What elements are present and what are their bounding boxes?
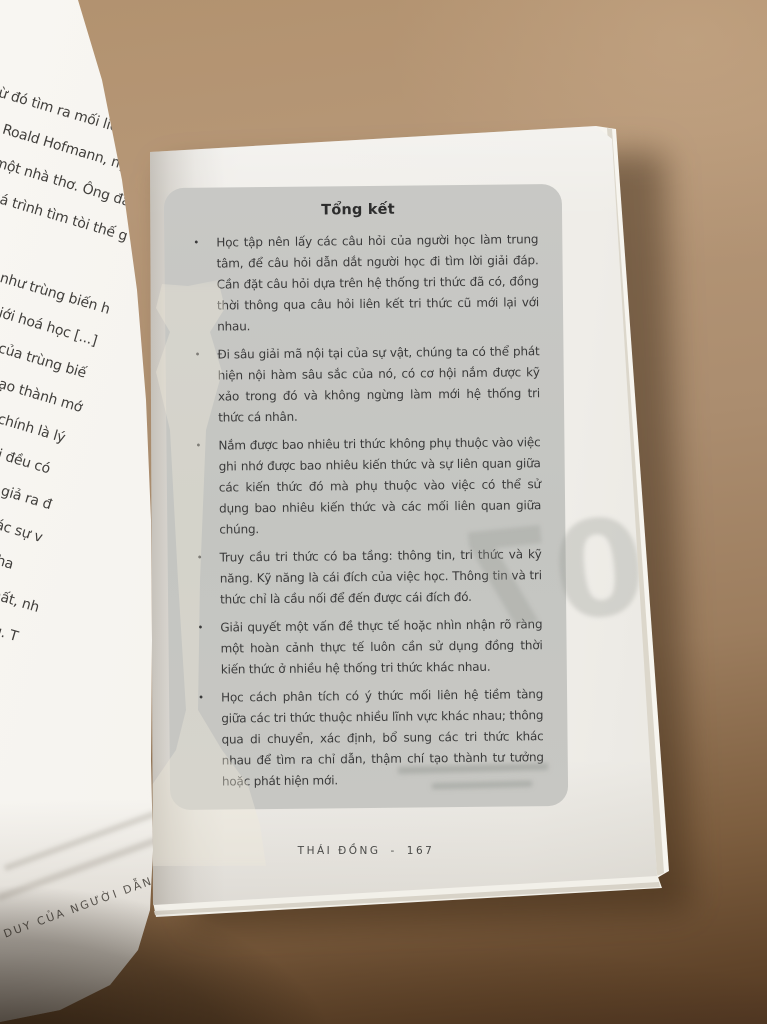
bullet-dot: • [177,345,218,429]
bullet-dot: • [180,548,221,611]
bullet-text: Học cách phân tích có ý thức mối liên hệ… [221,684,546,792]
bullet-item: • Học tập nên lấy các câu hỏi của người … [176,229,541,338]
bullet-item: • Học cách phân tích có ý thức mối liên … [181,684,546,793]
author-name: THÁI ĐỒNG [298,845,381,857]
bullet-item: • Truy cầu tri thức có ba tầng: thông ti… [180,544,545,611]
bullet-dot: • [176,233,217,338]
summary-title: Tổng kết [176,200,540,220]
book-photo-scene: Tổng kết • Học tập nên lấy các câu hỏi c… [0,0,767,1024]
page-number: 167 [407,845,435,857]
bullet-item: • Giải quyết một vấn đề thực tế hoặc nhì… [180,614,545,681]
bullet-dot: • [178,436,219,541]
right-page-footer: THÁI ĐỒNG-167 [167,845,565,857]
bullet-item: • Đi sâu giải mã nội tại của sự vật, chú… [177,341,542,429]
summary-box: Tổng kết • Học tập nên lấy các câu hỏi c… [164,184,568,810]
bullet-dot: • [180,618,221,681]
bullet-text: Đi sâu giải mã nội tại của sự vật, chúng… [217,341,542,428]
bullet-dot: • [181,688,222,793]
bullet-text: Truy cầu tri thức có ba tầng: thông tin,… [220,544,545,610]
footer-separator: - [390,845,396,857]
bullet-text: Học tập nên lấy các câu hỏi của người họ… [216,229,541,337]
bullet-text: Nắm được bao nhiêu tri thức không phụ th… [218,432,543,540]
bullet-text: Giải quyết một vấn đề thực tế hoặc nhìn … [220,614,545,680]
show-through-text-ghost [4,811,156,871]
bullet-item: • Nắm được bao nhiêu tri thức không phụ … [178,432,543,541]
